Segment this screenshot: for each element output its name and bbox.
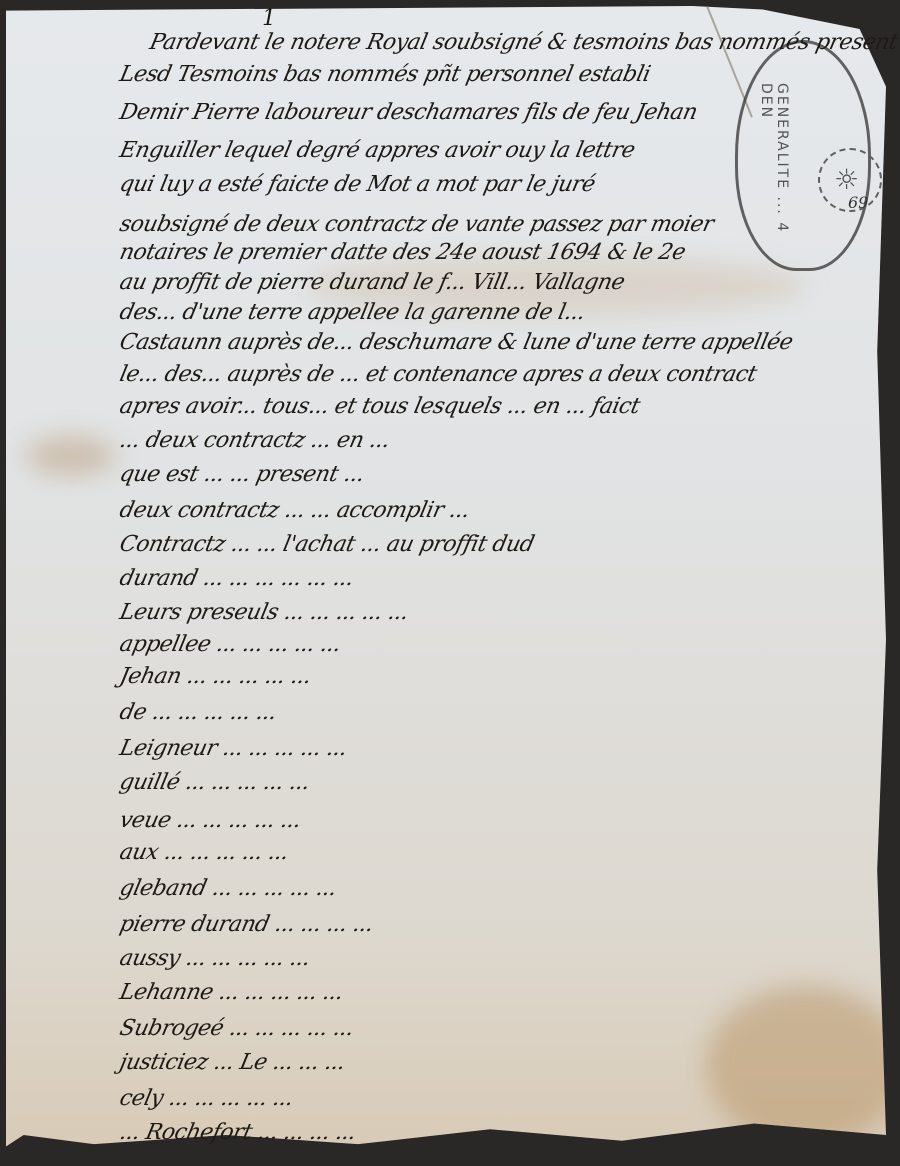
manuscript-line: Castaunn auprès de... deschumare & lune … — [117, 330, 795, 355]
manuscript-line: deux contractz ... ... accomplir ... — [117, 498, 471, 523]
manuscript-line: pierre durand ... ... ... ... — [117, 912, 375, 937]
stamp-text: GENERALITE ... 4 DEN — [758, 83, 790, 268]
manuscript-line: qui luy a esté faicte de Mot a mot par l… — [117, 172, 597, 197]
manuscript-line: des... d'une terre appellee la garenne d… — [117, 300, 587, 325]
manuscript-line: aussy ... ... ... ... ... — [117, 946, 312, 971]
manuscript-line: Demir Pierre laboureur deschamares fils … — [117, 100, 699, 125]
manuscript-line: Subrogeé ... ... ... ... ... — [117, 1016, 355, 1041]
manuscript-line: Jehan ... ... ... ... ... — [117, 664, 313, 689]
manuscript-line: au proffit de pierre durand le f... Vill… — [117, 270, 626, 295]
manuscript-line: veue ... ... ... ... ... — [117, 808, 303, 833]
manuscript-line: Lehanne ... ... ... ... ... — [117, 980, 345, 1005]
manuscript-line: guillé ... ... ... ... ... — [117, 770, 312, 795]
manuscript-line: Leurs preseuls ... ... ... ... ... — [117, 600, 410, 625]
manuscript-line: apres avoir... tous... et tous lesquels … — [117, 394, 642, 419]
folio-number: 1 — [262, 6, 276, 31]
manuscript-line: cely ... ... ... ... ... — [117, 1086, 295, 1111]
manuscript-line: gleband ... ... ... ... ... — [117, 876, 338, 901]
manuscript-line: Pardevant le notere Royal soubsigné & te… — [147, 30, 900, 55]
manuscript-line: Contractz ... ... l'achat ... au proffit… — [117, 532, 536, 557]
manuscript-line: appellee ... ... ... ... ... — [117, 632, 343, 657]
water-stain — [706, 986, 900, 1146]
manuscript-line: Leigneur ... ... ... ... ... — [117, 736, 349, 761]
manuscript-line: justiciez ... Le ... ... ... — [117, 1050, 347, 1075]
manuscript-line: ... deux contractz ... en ... — [117, 428, 392, 453]
manuscript-line: durand ... ... ... ... ... ... — [117, 566, 355, 591]
sun-icon: ☼ — [834, 163, 859, 196]
stamp-number: 69 — [848, 193, 868, 212]
water-stain — [26, 436, 116, 476]
manuscript-line: le... des... auprès de ... et contenance… — [117, 362, 758, 387]
tax-stamp: GENERALITE ... 4 DEN ☼ — [735, 40, 871, 271]
manuscript-line: ... Rochefort ... ... ... ... — [117, 1120, 358, 1145]
manuscript-line: Enguiller lequel degré appres avoir ouy … — [117, 138, 637, 163]
manuscript-line: soubsigné de deux contractz de vante pas… — [117, 212, 715, 237]
manuscript-line: de ... ... ... ... ... — [117, 700, 278, 725]
manuscript-line: aux ... ... ... ... ... — [117, 840, 290, 865]
manuscript-line: notaires le premier datte des 24e aoust … — [117, 240, 687, 265]
manuscript-line: que est ... ... present ... — [117, 462, 366, 487]
manuscript-line: Lesd Tesmoins bas nommés pñt personnel e… — [117, 62, 652, 87]
